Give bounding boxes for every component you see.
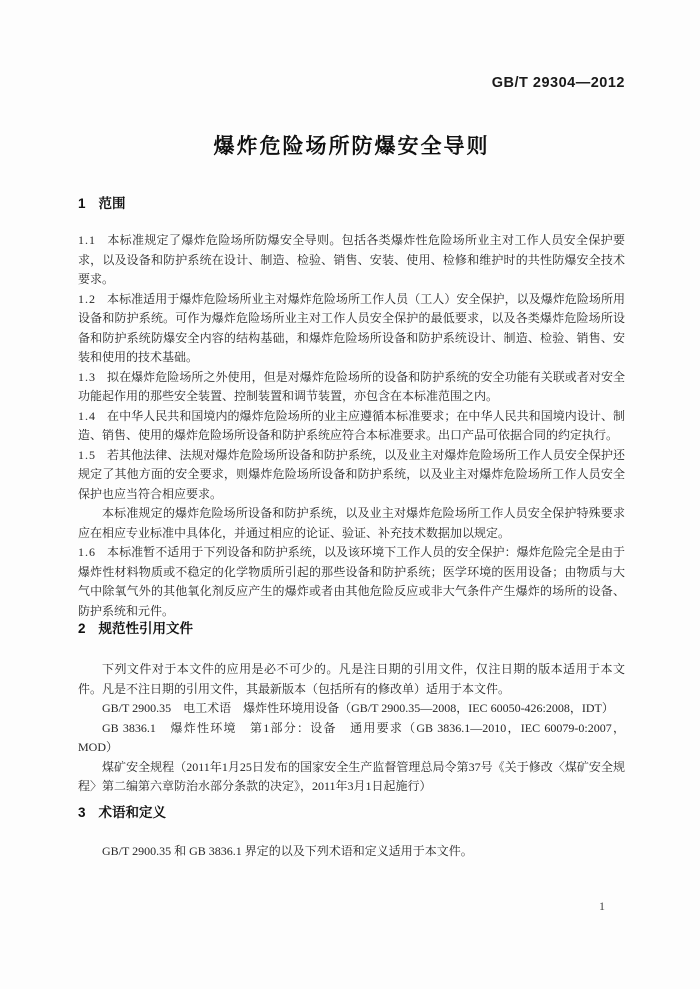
clause-number: 1.3 (78, 370, 96, 384)
section-3: 3术语和定义GB/T 2900.35 和 GB 3836.1 界定的以及下列术语… (78, 805, 625, 862)
paragraph: 本标准规定的爆炸危险场所设备和防护系统，以及业主对爆炸危险场所工作人员安全保护特… (78, 504, 625, 543)
section-title: 规范性引用文件 (99, 621, 194, 636)
clause-number: 1.6 (78, 545, 96, 559)
paragraph: 下列文件对于本文件的应用是必不可少的。凡是注日期的引用文件，仅注日期的版本适用于… (78, 660, 625, 699)
paragraph: GB 3836.1 爆炸性环境 第1部分：设备 通用要求（GB 3836.1—2… (78, 719, 625, 758)
page-number: 1 (599, 899, 605, 914)
clause-text: GB/T 2900.35 电工术语 爆炸性环境用设备（GB/T 2900.35—… (102, 701, 614, 715)
clause-paragraph: 1.5若其他法律、法规对爆炸危险场所设备和防护系统，以及业主对爆炸危险场所工作人… (78, 446, 625, 505)
clause-text: 本标准暂不适用于下列设备和防护系统，以及该环境下工作人员的安全保护：爆炸危险完全… (78, 545, 625, 618)
section-number: 3 (78, 805, 86, 820)
clause-text: 本标准适用于爆炸危险场所业主对爆炸危险场所工作人员（工人）安全保护，以及爆炸危险… (78, 292, 625, 365)
section-heading: 2规范性引用文件 (78, 621, 625, 637)
clause-paragraph: 1.4在中华人民共和国境内的爆炸危险场所的业主应遵循本标准要求；在中华人民共和国… (78, 407, 625, 446)
section-title: 术语和定义 (99, 805, 167, 820)
clause-text: GB 3836.1 爆炸性环境 第1部分：设备 通用要求（GB 3836.1—2… (78, 721, 625, 755)
paragraph: 煤矿安全规程（2011年1月25日发布的国家安全生产监督管理总局令第37号《关于… (78, 758, 625, 797)
document-title: 爆炸危险场所防爆安全导则 (78, 134, 625, 160)
section-number: 2 (78, 621, 86, 636)
clause-text: 本标准规定了爆炸危险场所防爆安全导则。包括各类爆炸性危险场所业主对工作人员安全保… (78, 233, 625, 286)
document-page: GB/T 29304—2012 爆炸危险场所防爆安全导则 1范围1.1本标准规定… (0, 0, 700, 989)
section-heading: 3术语和定义 (78, 805, 625, 821)
clause-paragraph: 1.3拟在爆炸危险场所之外使用，但是对爆炸危险场所的设备和防护系统的安全功能有关… (78, 368, 625, 407)
clause-number: 1.1 (78, 233, 96, 247)
paragraph: GB/T 2900.35 电工术语 爆炸性环境用设备（GB/T 2900.35—… (78, 699, 625, 719)
clause-number: 1.4 (78, 409, 96, 423)
clause-text: 在中华人民共和国境内的爆炸危险场所的业主应遵循本标准要求；在中华人民共和国境内设… (78, 409, 625, 443)
clause-text: 下列文件对于本文件的应用是必不可少的。凡是注日期的引用文件，仅注日期的版本适用于… (78, 662, 625, 696)
clause-number: 1.2 (78, 292, 96, 306)
standard-code: GB/T 29304—2012 (78, 75, 625, 91)
section-2: 2规范性引用文件下列文件对于本文件的应用是必不可少的。凡是注日期的引用文件，仅注… (78, 621, 625, 797)
paragraph: GB/T 2900.35 和 GB 3836.1 界定的以及下列术语和定义适用于… (78, 842, 625, 862)
section-number: 1 (78, 196, 86, 211)
clause-paragraph: 1.6本标准暂不适用于下列设备和防护系统，以及该环境下工作人员的安全保护：爆炸危… (78, 543, 625, 621)
section-1: 1范围1.1本标准规定了爆炸危险场所防爆安全导则。包括各类爆炸性危险场所业主对工… (78, 196, 625, 621)
section-title: 范围 (99, 196, 126, 211)
section-heading: 1范围 (78, 196, 625, 212)
clause-text: 拟在爆炸危险场所之外使用，但是对爆炸危险场所的设备和防护系统的安全功能有关联或者… (78, 370, 625, 404)
clause-paragraph: 1.1本标准规定了爆炸危险场所防爆安全导则。包括各类爆炸性危险场所业主对工作人员… (78, 231, 625, 290)
clause-text: 本标准规定的爆炸危险场所设备和防护系统，以及业主对爆炸危险场所工作人员安全保护特… (78, 506, 625, 540)
clause-text: GB/T 2900.35 和 GB 3836.1 界定的以及下列术语和定义适用于… (102, 844, 473, 858)
section-body: 下列文件对于本文件的应用是必不可少的。凡是注日期的引用文件，仅注日期的版本适用于… (78, 660, 625, 797)
section-body: 1.1本标准规定了爆炸危险场所防爆安全导则。包括各类爆炸性危险场所业主对工作人员… (78, 231, 625, 621)
clause-text: 煤矿安全规程（2011年1月25日发布的国家安全生产监督管理总局令第37号《关于… (78, 760, 625, 794)
clause-number: 1.5 (78, 448, 96, 462)
clause-text: 若其他法律、法规对爆炸危险场所设备和防护系统，以及业主对爆炸危险场所工作人员安全… (78, 448, 625, 501)
document-body: 1范围1.1本标准规定了爆炸危险场所防爆安全导则。包括各类爆炸性危险场所业主对工… (78, 196, 625, 861)
clause-paragraph: 1.2本标准适用于爆炸危险场所业主对爆炸危险场所工作人员（工人）安全保护，以及爆… (78, 290, 625, 368)
section-body: GB/T 2900.35 和 GB 3836.1 界定的以及下列术语和定义适用于… (78, 842, 625, 862)
